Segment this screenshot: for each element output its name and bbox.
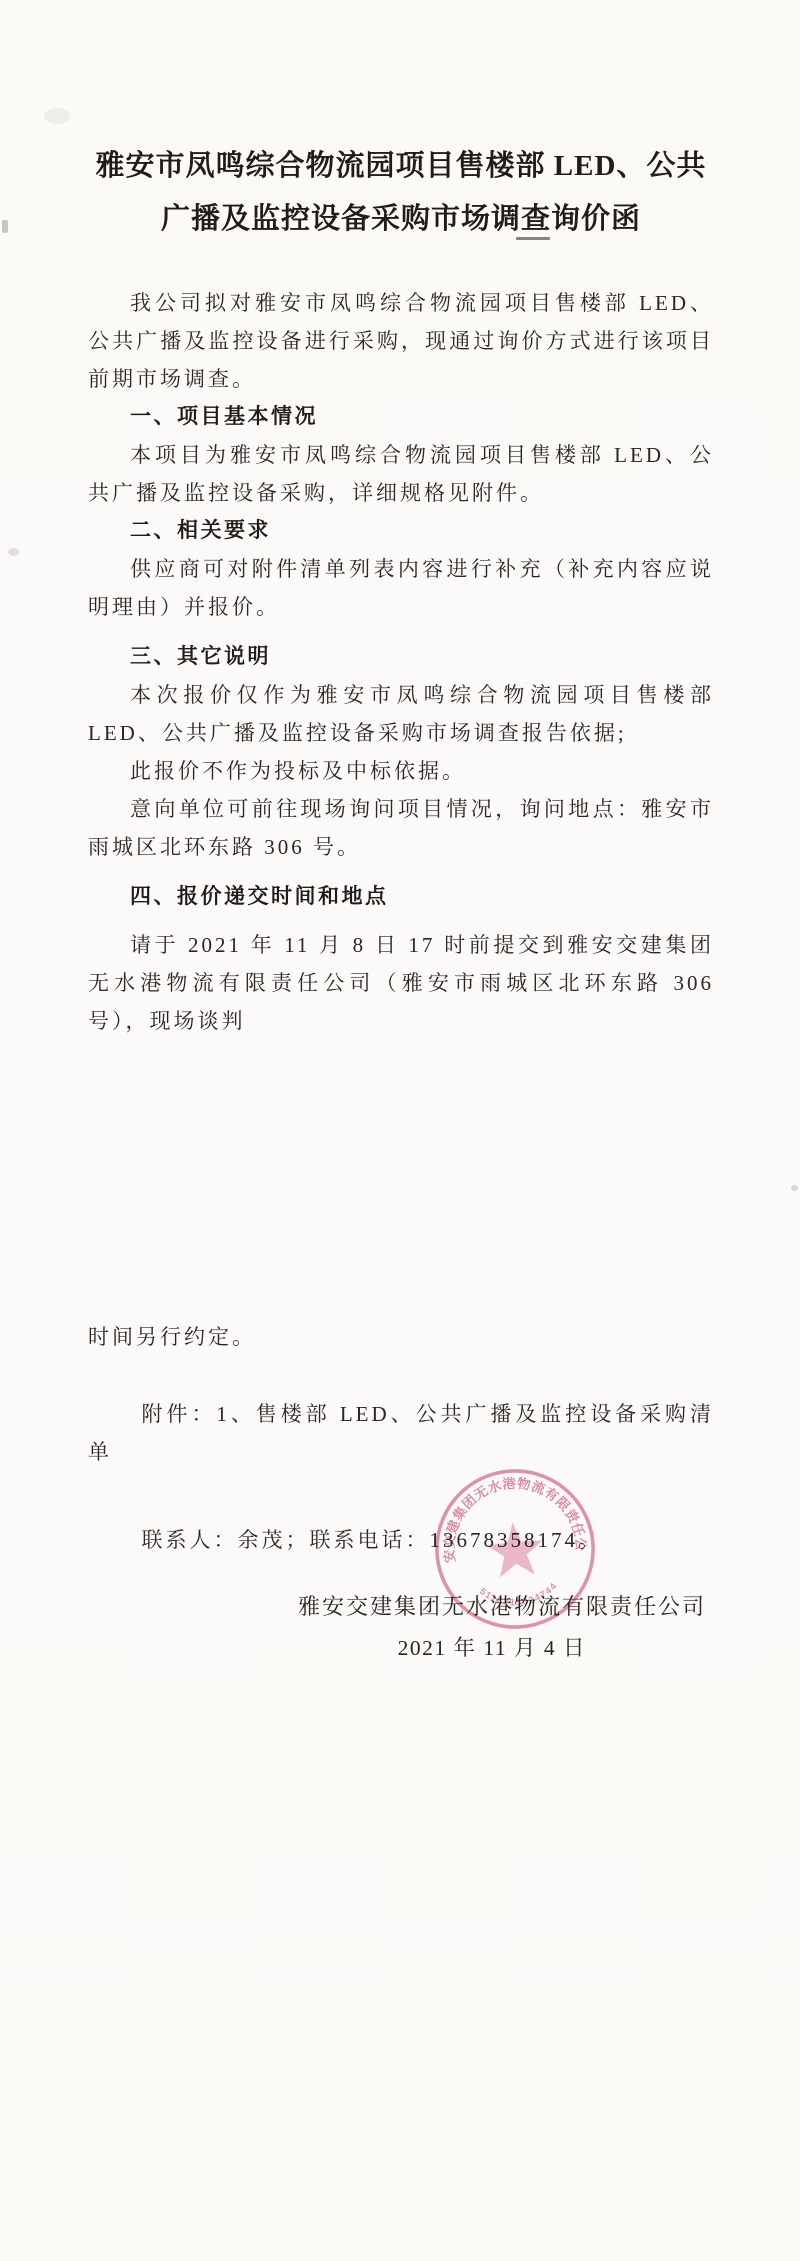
intro-paragraph: 我公司拟对雅安市凤鸣综合物流园项目售楼部 LED、公共广播及监控设备进行采购，现…: [88, 284, 714, 398]
scan-speck: [791, 1185, 798, 1191]
section-4-paragraph-1: 请于 2021 年 11 月 8 日 17 时前提交到雅安交建集团无水港物流有限…: [88, 926, 714, 1040]
scan-speck: [8, 548, 19, 556]
scan-underline-artifact: [516, 237, 550, 240]
document-body: 雅安市凤鸣综合物流园项目售楼部 LED、公共 广播及监控设备采购市场调查询价函 …: [88, 0, 714, 1662]
signature-company: 雅安交建集团无水港物流有限责任公司: [88, 1592, 706, 1622]
continuation-line: 时间另行约定。: [88, 1318, 714, 1356]
section-1-paragraph-1: 本项目为雅安市凤鸣综合物流园项目售楼部 LED、公共广播及监控设备采购，详细规格…: [88, 436, 714, 512]
scan-smudge: [44, 108, 70, 124]
section-4-heading: 四、报价递交时间和地点: [88, 878, 714, 916]
section-3-paragraph-1: 本次报价仅作为雅安市凤鸣综合物流园项目售楼部 LED、公共广播及监控设备采购市场…: [88, 676, 714, 752]
attachment-line: 附件：1、售楼部 LED、公共广播及监控设备采购清单: [88, 1395, 714, 1471]
signature-date: 2021 年 11 月 4 日: [88, 1634, 586, 1662]
document-title-line-1: 雅安市凤鸣综合物流园项目售楼部 LED、公共: [88, 140, 714, 193]
section-3-paragraph-3: 意向单位可前往现场询问项目情况，询问地点：雅安市雨城区北环东路 306 号。: [88, 790, 714, 866]
document-title: 雅安市凤鸣综合物流园项目售楼部 LED、公共 广播及监控设备采购市场调查询价函: [88, 140, 714, 246]
contact-line: 联系人：余茂；联系电话：13678358174。: [88, 1521, 714, 1559]
section-1-heading: 一、项目基本情况: [88, 398, 714, 436]
section-2-heading: 二、相关要求: [88, 512, 714, 550]
section-3-heading: 三、其它说明: [88, 638, 714, 676]
document-title-line-2: 广播及监控设备采购市场调查询价函: [88, 193, 714, 246]
document-page: 雅安市凤鸣综合物流园项目售楼部 LED、公共 广播及监控设备采购市场调查询价函 …: [0, 0, 800, 2261]
section-3-paragraph-2: 此报价不作为投标及中标依据。: [88, 752, 714, 790]
section-2-paragraph-1: 供应商可对附件清单列表内容进行补充（补充内容应说明理由）并报价。: [88, 550, 714, 626]
scan-speck: [2, 220, 8, 233]
